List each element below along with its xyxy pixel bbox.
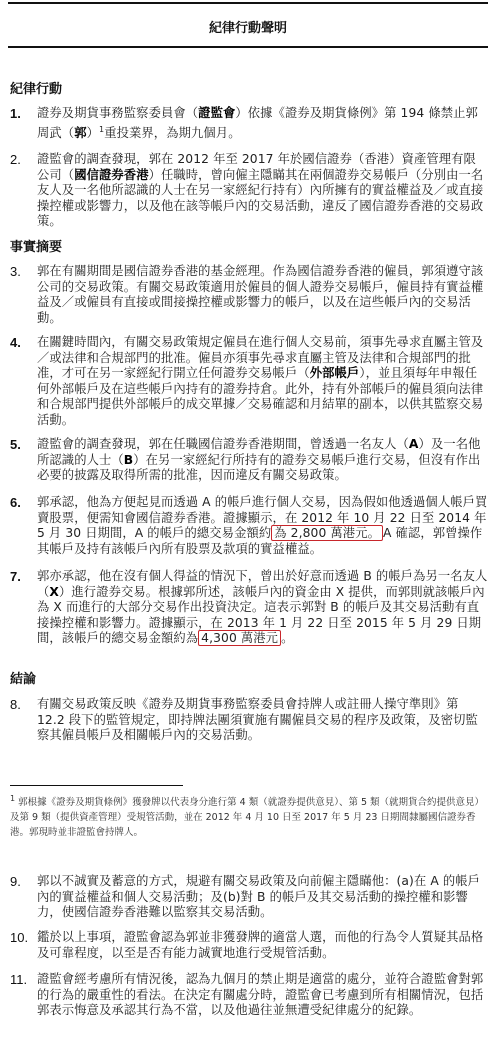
- section-heading-disciplinary-action: 紀律行動: [10, 78, 62, 97]
- top-rule: [8, 2, 488, 4]
- defined-term-guosen-hk: 國信證券香港: [74, 168, 148, 182]
- title-bottom-rule: [8, 46, 488, 48]
- paragraph-5: 5. 證監會的調查發現，郭在任職國信證券香港期間，曾透過一名友人（A）及一名他所…: [10, 437, 488, 484]
- defined-term-kwok: 郭: [74, 126, 86, 140]
- highlight-amount-28m: 為 2,800 萬港元。: [271, 525, 383, 541]
- footnote-1: 1 郭根據《證券及期貨條例》獲發牌以代表身分進行第 4 類（就證券提供意見）、第…: [10, 791, 488, 840]
- section-heading-conclusion: 結論: [10, 668, 36, 687]
- section-heading-summary-of-facts: 事實摘要: [10, 236, 62, 255]
- paragraph-4: 4. 在關鍵時間內，有關交易政策規定僱員在進行個人交易前，須事先尋求直屬主管及／…: [10, 335, 488, 428]
- paragraph-9: 9. 郭以不誠實及蓄意的方式，規避有關交易政策及向前僱主隱瞞他：(a)在 A 的…: [10, 874, 488, 921]
- footnote-separator: [10, 785, 183, 786]
- paragraph-11: 11. 證監會經考慮所有情況後，認為九個月的禁止期是適當的處分，並符合證監會對郭…: [10, 972, 488, 1019]
- paragraph-6: 6. 郭承認，他為方便起見而透過 A 的帳戶進行個人交易，因為假如他透過個人帳戶…: [10, 495, 488, 557]
- paragraph-8: 8. 有關交易政策反映《證券及期貨事務監察委員會持牌人或註冊人操守準則》第 12…: [10, 697, 488, 744]
- paragraph-2: 2. 證監會的調查發現，郭在 2012 年至 2017 年於國信證券（香港）資產…: [10, 152, 488, 230]
- paragraph-10: 10. 鑑於以上事項，證監會認為郭並非獲發牌的適當人選，而他的行為令人質疑其品格…: [10, 930, 488, 961]
- paragraph-3: 3. 郭在有關期間是國信證券香港的基金經理。作為國信證券香港的僱員，郭須遵守該公…: [10, 264, 488, 326]
- paragraph-7: 7. 郭亦承認，他在沒有個人得益的情況下，曾出於好意而透過 B 的帳戶為另一名友…: [10, 569, 488, 647]
- paragraph-1: 1. 證券及期貨事務監察委員會（證監會）依據《證券及期貨條例》第 194 條禁止…: [10, 106, 488, 141]
- document-title: 紀律行動聲明: [0, 17, 496, 36]
- defined-term-sfc: 證監會: [198, 106, 235, 120]
- defined-term-external-account: 外部帳戶: [310, 366, 360, 380]
- highlight-amount-43m: 4,300 萬港元: [198, 630, 281, 646]
